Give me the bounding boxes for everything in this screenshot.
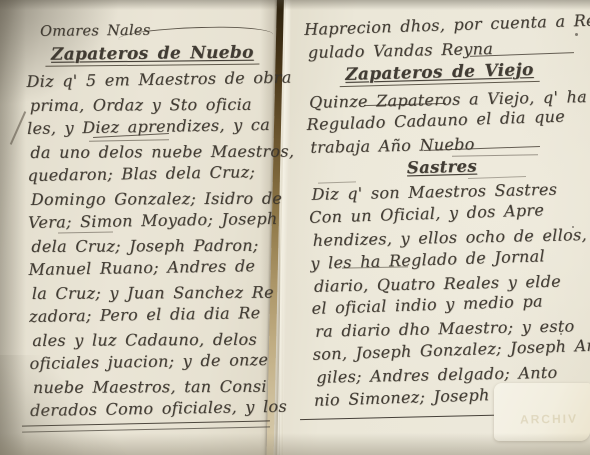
manuscript-line: les, y Diez aprendizes, y ca	[27, 115, 279, 143]
archive-watermark: ARCHIV	[520, 411, 590, 426]
right-page-text: Haprecion dhos, por cuenta a Re gulado V…	[304, 13, 582, 413]
ink-speck	[560, 333, 562, 335]
ink-speck	[575, 33, 578, 36]
sastres-title: Sastres	[403, 156, 482, 177]
left-section-title: Zapateros de Nuebo	[45, 43, 260, 67]
manuscript-line: zadora; Pero el dia dia Re	[29, 303, 281, 331]
manuscript-line: Manuel Ruano; Andres de	[28, 256, 280, 284]
scan-edge-shadow-bottom	[0, 433, 590, 455]
ink-speck	[572, 226, 574, 228]
scan-edge-shadow-top	[0, 0, 590, 10]
ink-speck	[581, 96, 583, 98]
manuscript-line: Diz q' 5 em Maestros de obra	[26, 68, 278, 96]
manuscript-line: quedaron; Blas dela Cruz;	[27, 162, 279, 190]
manuscript-scan: Omares Nales Zapateros de Nuebo Diz q' 5…	[0, 0, 590, 455]
